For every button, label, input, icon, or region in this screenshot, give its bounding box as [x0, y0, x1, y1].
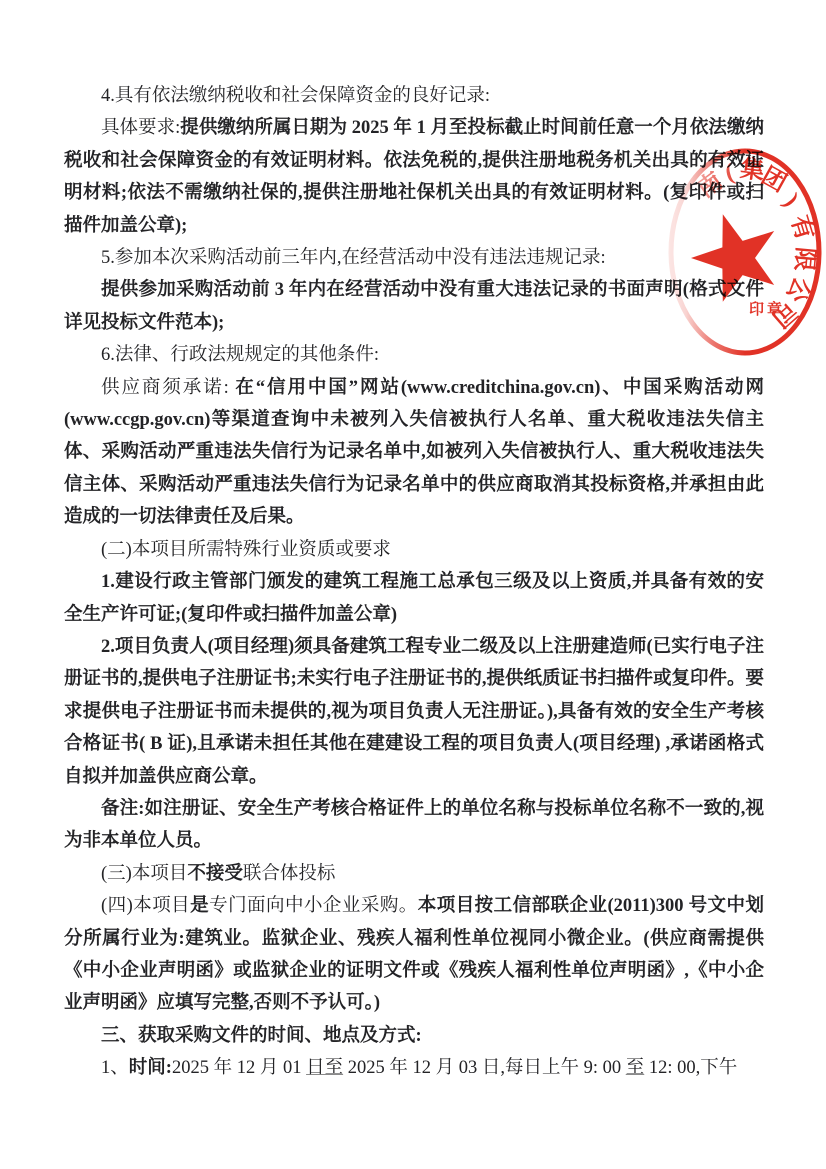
text-run: 至: [626, 1058, 645, 1078]
obtain-time: 1、时间:2025 年 12 月 01 日至 2025 年 12 月 03 日,…: [64, 1052, 764, 1084]
seal-arc-char: 司: [766, 296, 802, 332]
text-run: 三、获取采购文件的时间、地点及方式:: [101, 1026, 422, 1046]
text-run: 专门面向中小企业采购。: [209, 896, 418, 916]
text-run: 联合体投标: [243, 864, 336, 884]
item-4-heading: 4.具有依法缴纳税收和社会保障资金的良好记录:: [64, 80, 764, 112]
text-run: 时间:: [129, 1058, 172, 1078]
text-run: (二)本项目所需特殊行业资质或要求: [101, 540, 391, 560]
text-run: 2.项目负责人(项目经理)须具备建筑工程专业二级及以上注册建造师(已实行电子注册…: [64, 637, 764, 787]
seal-arc-char: 公: [781, 273, 815, 306]
text-run: 1.建设行政主管部门颁发的建筑工程施工总承包三级及以上资质,并具备有效的安全生产…: [64, 572, 764, 624]
item-5-requirement: 提供参加采购活动前 3 年内在经营活动中没有重大违法记录的书面声明(格式文件详见…: [64, 274, 764, 339]
item-6-commitment: 供应商须承诺: 在“信用中国”网站(www.creditchina.gov.cn…: [64, 372, 764, 534]
text-run: 2025 年 12 月 03 日,每日上午 9: 00: [343, 1058, 626, 1078]
item-6-heading: 6.法律、行政法规规定的其他条件:: [64, 339, 764, 371]
text-run: 备注:如注册证、安全生产考核合格证件上的单位名称与投标单位名称不一致的,视为非本…: [64, 799, 764, 851]
item-4-requirement: 具体要求:提供缴纳所属日期为 2025 年 1 月至投标截止时间前任意一个月依法…: [64, 112, 764, 242]
qualification-1: 1.建设行政主管部门颁发的建筑工程施工总承包三级及以上资质,并具备有效的安全生产…: [64, 566, 764, 631]
text-run: 供应商须承诺:: [101, 378, 235, 398]
text-run: 是: [190, 896, 209, 916]
text-run: 5.参加本次采购活动前三年内,在经营活动中没有违法违规记录:: [101, 248, 606, 268]
text-run: 6.法律、行政法规规定的其他条件:: [101, 345, 379, 365]
qualification-2: 2.项目负责人(项目经理)须具备建筑工程专业二级及以上注册建造师(已实行电子注册…: [64, 631, 764, 793]
text-run: (三)本项目: [101, 864, 187, 884]
section-heading-obtain-documents: 三、获取采购文件的时间、地点及方式:: [64, 1020, 764, 1052]
text-run: 12: 00,下午: [644, 1058, 737, 1078]
text-run: 日至: [306, 1058, 343, 1078]
text-run: 不接受: [187, 864, 243, 884]
text-run: 1、: [101, 1058, 129, 1078]
text-run: 提供参加采购活动前 3 年内在经营活动中没有重大违法记录的书面声明(格式文件详见…: [64, 280, 764, 332]
seal-arc-char: 有: [785, 212, 819, 243]
seal-arc-char: 限: [790, 246, 819, 272]
item-5-heading: 5.参加本次采购活动前三年内,在经营活动中没有违法违规记录:: [64, 242, 764, 274]
text-run: 在“信用中国”网站(www.creditchina.gov.cn)、中国采购活动…: [64, 378, 764, 528]
document-body: 4.具有依法缴纳税收和社会保障资金的良好记录:具体要求:提供缴纳所属日期为 20…: [64, 80, 764, 1085]
text-run: 具体要求:: [101, 118, 180, 138]
section-3-no-consortium: (三)本项目不接受联合体投标: [64, 858, 764, 890]
text-run: 4.具有依法缴纳税收和社会保障资金的良好记录:: [101, 86, 490, 106]
section-4-sme: (四)本项目是专门面向中小企业采购。本项目按工信部联企业(2011)300 号文…: [64, 890, 764, 1020]
seal-arc-char: ): [778, 189, 803, 212]
text-run: (四)本项目: [101, 896, 190, 916]
text-run: 2025 年 12 月 01: [172, 1058, 306, 1078]
document-page: 4.具有依法缴纳税收和社会保障资金的良好记录:具体要求:提供缴纳所属日期为 20…: [0, 0, 826, 1169]
section-2-heading: (二)本项目所需特殊行业资质或要求: [64, 534, 764, 566]
qualification-note: 备注:如注册证、安全生产考核合格证件上的单位名称与投标单位名称不一致的,视为非本…: [64, 793, 764, 858]
